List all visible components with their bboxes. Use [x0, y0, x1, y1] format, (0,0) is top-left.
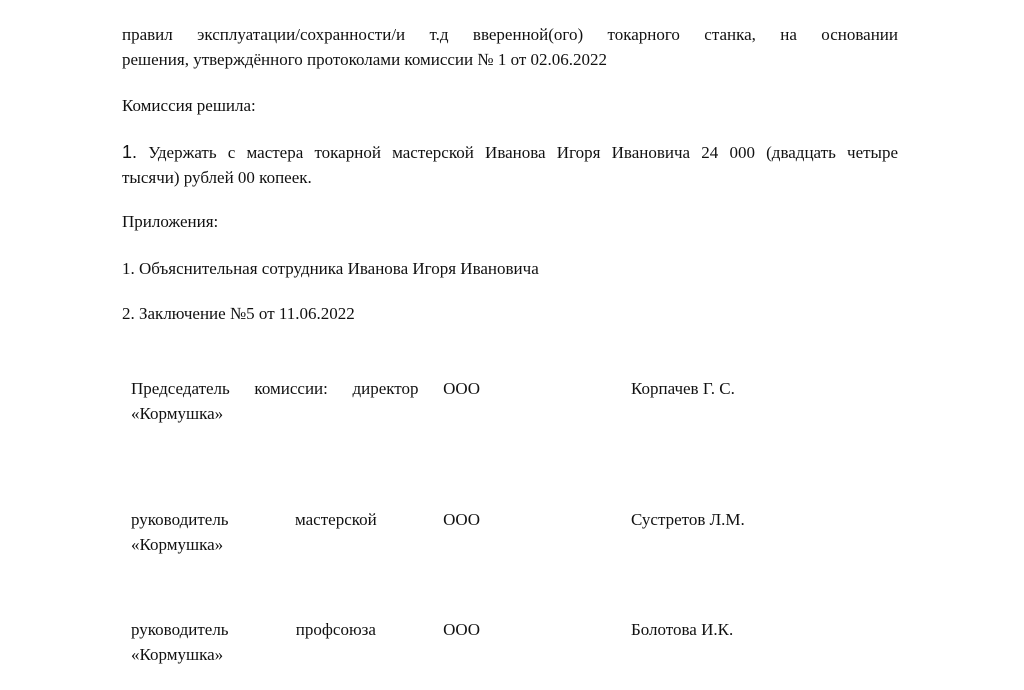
signature-title-word: ООО — [443, 507, 480, 532]
intro-paragraph: правил эксплуатации/сохранности/и т.д вв… — [122, 22, 898, 72]
attachments-heading: Приложения: — [122, 209, 898, 234]
signature-title-line1: руководитель мастерской ООО — [131, 507, 480, 532]
signature-title: Председатель комиссии: директор ООО «Кор… — [131, 376, 480, 426]
signature-row-chairman: Председатель комиссии: директор ООО «Кор… — [131, 376, 831, 426]
signature-name: Болотова И.К. — [631, 617, 733, 642]
signature-title-line2: «Кормушка» — [131, 532, 480, 557]
intro-paragraph-line2: решения, утверждённого протоколами комис… — [122, 47, 898, 72]
signature-title-word: мастерской — [295, 507, 377, 532]
signature-row-workshop-head: руководитель мастерской ООО «Кормушка» С… — [131, 507, 831, 557]
decision-heading: Комиссия решила: — [122, 93, 898, 118]
signature-name: Сустретов Л.М. — [631, 507, 745, 532]
signature-title-word: ООО — [443, 376, 480, 401]
signature-name: Корпачев Г. С. — [631, 376, 735, 401]
attachment-item-1: 1. Объяснительная сотрудника Иванова Иго… — [122, 256, 898, 281]
document-page: правил эксплуатации/сохранности/и т.д вв… — [0, 0, 1024, 690]
decision-item-line1: 1. Удержать с мастера токарной мастерско… — [122, 140, 898, 165]
signature-title: руководитель мастерской ООО «Кормушка» — [131, 507, 480, 557]
signature-title-word: профсоюза — [296, 617, 376, 642]
intro-paragraph-line1: правил эксплуатации/сохранности/и т.д вв… — [122, 22, 898, 47]
signature-title-word: Председатель — [131, 376, 230, 401]
signature-title: руководитель профсоюза ООО «Кормушка» — [131, 617, 480, 667]
signature-title-word: руководитель — [131, 617, 229, 642]
signature-title-line2: «Кормушка» — [131, 642, 480, 667]
decision-item: 1. Удержать с мастера токарной мастерско… — [122, 140, 898, 190]
signature-title-word: ООО — [443, 617, 480, 642]
signature-title-word: комиссии: — [254, 376, 327, 401]
signature-title-line2: «Кормушка» — [131, 401, 480, 426]
signature-title-line1: руководитель профсоюза ООО — [131, 617, 480, 642]
decision-item-number: 1. — [122, 142, 137, 162]
attachment-item-2: 2. Заключение №5 от 11.06.2022 — [122, 301, 898, 326]
decision-item-line2: тысячи) рублей 00 копеек. — [122, 165, 898, 190]
decision-item-text: Удержать с мастера токарной мастерской И… — [148, 143, 898, 162]
signature-title-line1: Председатель комиссии: директор ООО — [131, 376, 480, 401]
signature-title-word: директор — [352, 376, 418, 401]
signature-row-union-head: руководитель профсоюза ООО «Кормушка» Бо… — [131, 617, 831, 667]
signature-title-word: руководитель — [131, 507, 229, 532]
